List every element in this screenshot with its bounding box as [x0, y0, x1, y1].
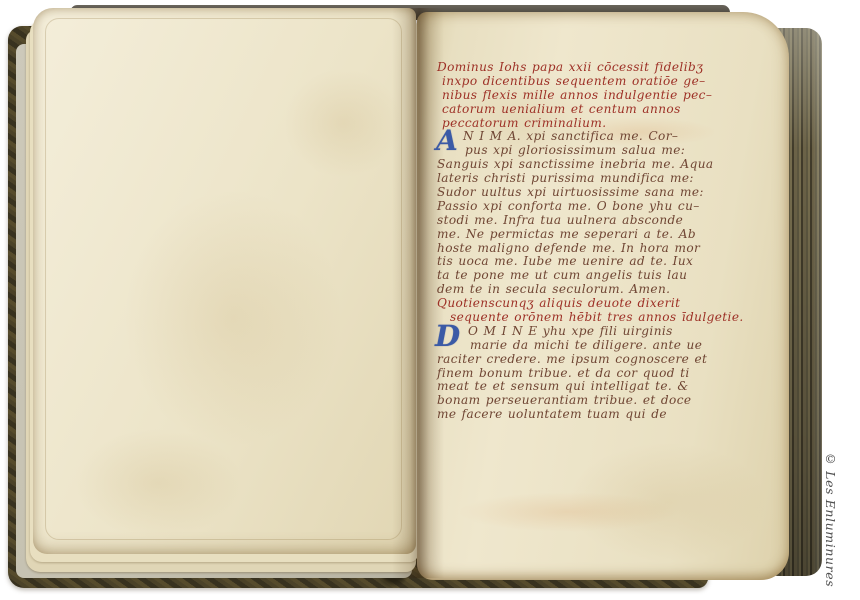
manuscript-line-body: meat te et sensum qui intelligat te. &: [437, 380, 737, 394]
manuscript-line-rubric: catorum uenialium et centum annos: [437, 103, 737, 117]
text-block: Dominus Iohs papa xxii cōcessit fidelibʒ…: [437, 61, 737, 422]
stain: [123, 188, 343, 448]
illuminated-initial-D: D: [435, 322, 461, 351]
manuscript-line-body: me facere uoluntatem tuam qui de: [437, 408, 737, 422]
manuscript-line-body: dem te in secula seculorum. Amen.: [437, 283, 737, 297]
photo-credit: © Les Enluminures: [823, 451, 838, 600]
manuscript-line-body: Sanguis xpi sanctissime inebria me. Aqua: [437, 158, 737, 172]
manuscript-line-body: Sudor uultus xpi uirtuosissime sana me:: [437, 186, 737, 200]
illuminated-initial-A: A: [436, 127, 458, 155]
manuscript-line-rubric: Quotienscunqʒ aliquis deuote dixerit: [437, 297, 737, 311]
manuscript-line-rubric: sequente orōnem hēbit tres annos īdulget…: [437, 311, 737, 325]
manuscript-line-rubric: inxpo dicentibus sequentem oratiōe ge–: [437, 75, 737, 89]
manuscript-line-body: ta te pone me ut cum angelis tuis lau: [437, 269, 737, 283]
manuscript-line-body: finem bonum tribue. et da cor quod ti: [437, 367, 737, 381]
manuscript-line-body: stodi me. Infra tua uulnera absconde: [437, 214, 737, 228]
manuscript-line-body: tis uoca me. Iube me uenire ad te. Iux: [437, 255, 737, 269]
show-through-smudge: [457, 492, 677, 532]
manuscript-line-body: marie da michi te diligere. ante ue: [437, 339, 737, 353]
manuscript-line-rubric: nibus flexis mille annos indulgentie pec…: [437, 89, 737, 103]
manuscript-line-body: raciter credere. me ipsum cognoscere et: [437, 353, 737, 367]
manuscript-line-body: Passio xpi conforta me. O bone yhu cu–: [437, 200, 737, 214]
manuscript-line-body: hoste maligno defende me. In hora mor: [437, 242, 737, 256]
manuscript-line-body: O M I N E yhu xpe fili uirginis: [437, 325, 737, 339]
manuscript-line-body: pus xpi gloriosissimum salua me:: [437, 144, 737, 158]
manuscript-line-body: me. Ne permictas me seperari a te. Ab: [437, 228, 737, 242]
stain: [283, 68, 403, 178]
manuscript-line-rubric: Dominus Iohs papa xxii cōcessit fidelibʒ: [437, 61, 737, 75]
manuscript-line-body: N I M A. xpi sanctifica me. Cor–: [437, 130, 737, 144]
manuscript-line-body: lateris christi purissima mundifica me:: [437, 172, 737, 186]
manuscript-line-body: bonam perseuerantiam tribue. et doce: [437, 394, 737, 408]
manuscript-line-rubric: peccatorum criminalium.: [437, 117, 737, 131]
stain: [73, 428, 243, 538]
left-page-blank: [33, 8, 416, 554]
